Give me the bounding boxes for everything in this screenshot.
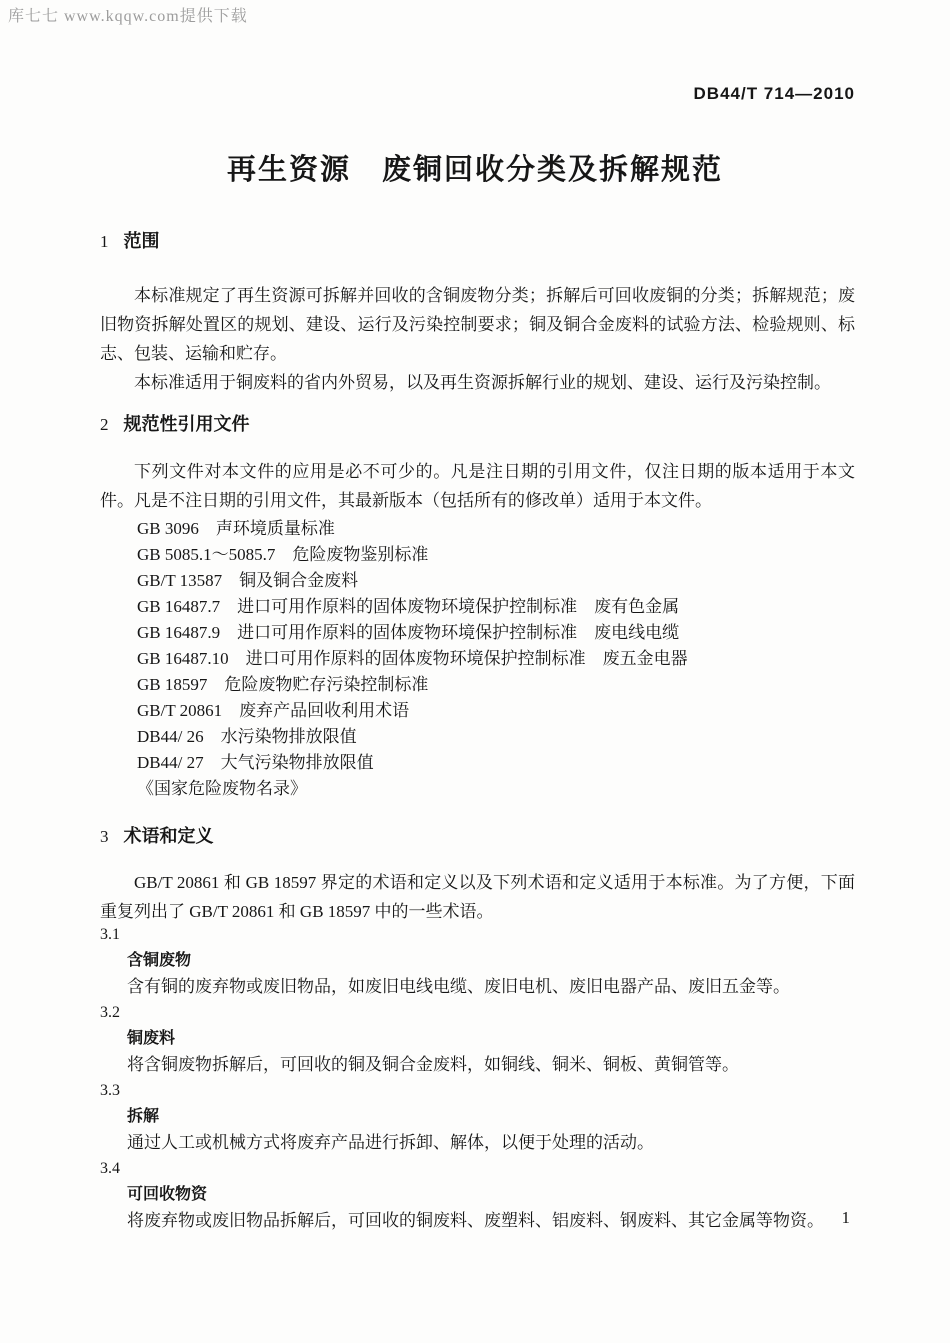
reference-item: DB44/ 26 水污染物排放限值: [100, 724, 855, 750]
term-name: 铜废料: [100, 1026, 855, 1052]
section2-heading: 2规范性引用文件: [100, 413, 855, 436]
reference-item: GB 16487.10 进口可用作原料的固体废物环境保护控制标准 废五金电器: [100, 646, 855, 672]
term-block: 3.4 可回收物资 将废弃物或废旧物品拆解后，可回收的铜废料、废塑料、铝废料、钢…: [100, 1156, 855, 1234]
section1-paragraph-1: 本标准规定了再生资源可拆解并回收的含铜废物分类；拆解后可回收废铜的分类；拆解规范…: [100, 281, 855, 368]
term-definition: 含有铜的废弃物或废旧物品，如废旧电线电缆、废旧电机、废旧电器产品、废旧五金等。: [100, 974, 855, 1000]
term-name: 含铜废物: [100, 948, 855, 974]
reference-item: GB 3096 声环境质量标准: [100, 516, 855, 542]
section1-heading: 1范围: [100, 230, 855, 253]
document-page: 库七七 www.kqqw.com提供下载 DB44/T 714—2010 再生资…: [0, 0, 950, 1343]
page-number: 1: [842, 1208, 851, 1228]
section3-number: 3: [100, 827, 109, 846]
section1-heading-label: 范围: [124, 231, 160, 251]
terms-and-definitions: 3.1 含铜废物 含有铜的废弃物或废旧物品，如废旧电线电缆、废旧电机、废旧电器产…: [100, 922, 855, 1234]
term-definition: 将含铜废物拆解后，可回收的铜及铜合金废料，如铜线、铜米、铜板、黄铜管等。: [100, 1052, 855, 1078]
section1-number: 1: [100, 232, 109, 251]
section3-paragraph-1: GB/T 20861 和 GB 18597 界定的术语和定义以及下列术语和定义适…: [100, 868, 855, 926]
reference-item: GB 16487.7 进口可用作原料的固体废物环境保护控制标准 废有色金属: [100, 594, 855, 620]
term-definition: 将废弃物或废旧物品拆解后，可回收的铜废料、废塑料、铝废料、钢废料、其它金属等物资…: [100, 1208, 855, 1234]
section3-heading: 3术语和定义: [100, 825, 855, 848]
term-block: 3.2 铜废料 将含铜废物拆解后，可回收的铜及铜合金废料，如铜线、铜米、铜板、黄…: [100, 1000, 855, 1078]
term-name: 拆解: [100, 1104, 855, 1130]
reference-item: GB/T 20861 废弃产品回收利用术语: [100, 698, 855, 724]
reference-item: GB 18597 危险废物贮存污染控制标准: [100, 672, 855, 698]
term-number: 3.3: [100, 1078, 855, 1104]
reference-item: GB/T 13587 铜及铜合金废料: [100, 568, 855, 594]
reference-item: DB44/ 27 大气污染物排放限值: [100, 750, 855, 776]
term-name: 可回收物资: [100, 1182, 855, 1208]
section2-heading-label: 规范性引用文件: [124, 414, 250, 434]
section2-paragraph-1: 下列文件对本文件的应用是必不可少的。凡是注日期的引用文件，仅注日期的版本适用于本…: [100, 457, 855, 515]
reference-item: GB 5085.1～5085.7 危险废物鉴别标准: [100, 542, 855, 568]
term-number: 3.4: [100, 1156, 855, 1182]
document-body: 1范围 本标准规定了再生资源可拆解并回收的含铜废物分类；拆解后可回收废铜的分类；…: [100, 0, 855, 1234]
term-number: 3.2: [100, 1000, 855, 1026]
term-definition: 通过人工或机械方式将废弃产品进行拆卸、解体，以便于处理的活动。: [100, 1130, 855, 1156]
reference-item: GB 16487.9 进口可用作原料的固体废物环境保护控制标准 废电线电缆: [100, 620, 855, 646]
reference-item: 《国家危险废物名录》: [100, 776, 855, 802]
normative-references-list: GB 3096 声环境质量标准 GB 5085.1～5085.7 危险废物鉴别标…: [100, 516, 855, 802]
section3-heading-label: 术语和定义: [124, 826, 214, 846]
term-block: 3.1 含铜废物 含有铜的废弃物或废旧物品，如废旧电线电缆、废旧电机、废旧电器产…: [100, 922, 855, 1000]
term-block: 3.3 拆解 通过人工或机械方式将废弃产品进行拆卸、解体，以便于处理的活动。: [100, 1078, 855, 1156]
section1-paragraph-2: 本标准适用于铜废料的省内外贸易，以及再生资源拆解行业的规划、建设、运行及污染控制…: [100, 368, 855, 397]
section2-number: 2: [100, 415, 109, 434]
